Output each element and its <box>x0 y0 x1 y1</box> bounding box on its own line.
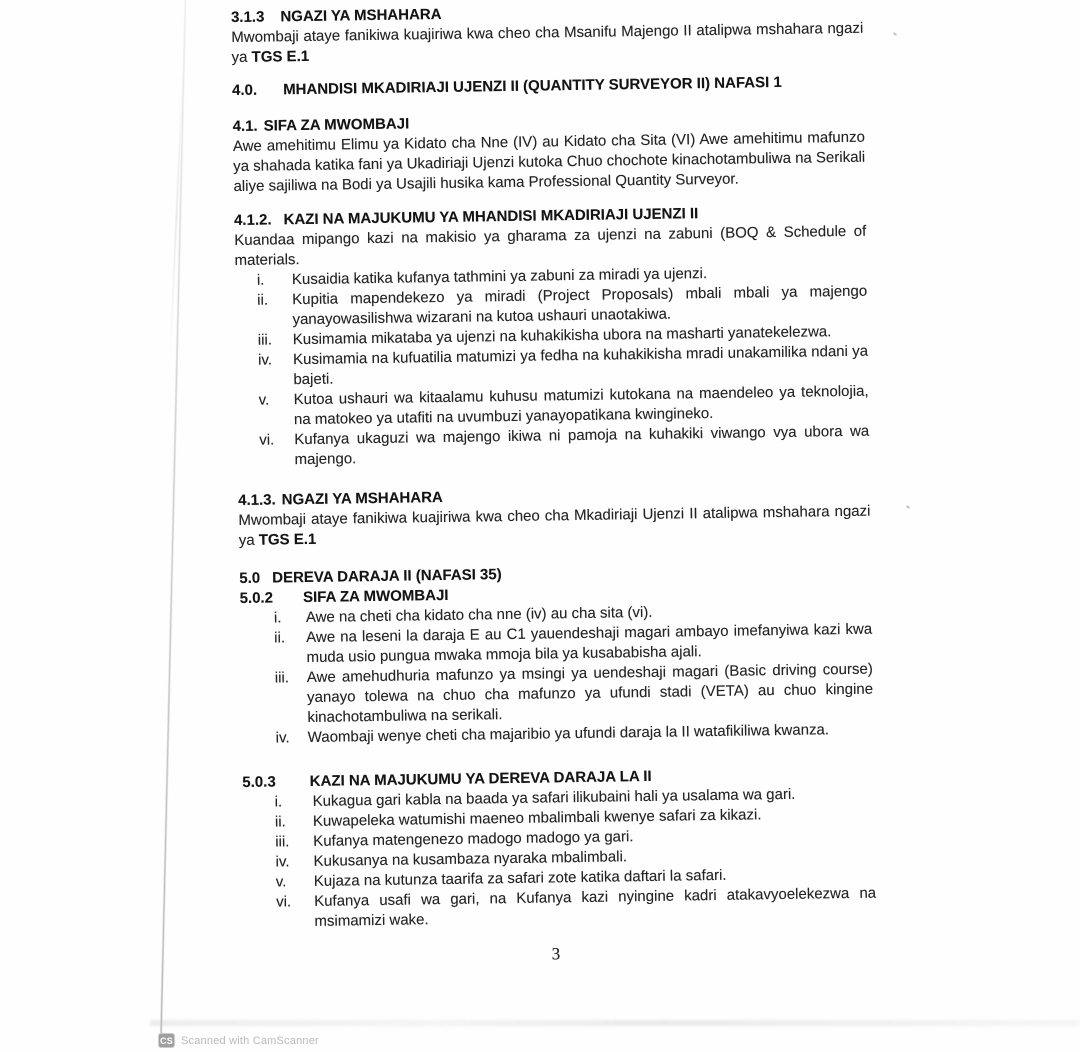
heading-number: 4.1.2. <box>234 210 272 231</box>
heading-title: SIFA ZA MWOMBAJI <box>264 115 410 134</box>
heading-number: 5.0.3 <box>242 772 276 792</box>
heading-title: NGAZI YA MSHAHARA <box>280 6 441 25</box>
list-item-text: Kufanya ukaguzi wa majengo ikiwa ni pamo… <box>294 422 870 471</box>
heading-title: NGAZI YA MSHAHARA <box>282 489 443 508</box>
camscanner-label: Scanned with CamScanner <box>181 1035 319 1047</box>
salary-grade: TGS E.1 <box>259 531 317 549</box>
camscanner-watermark: CS Scanned with CamScanner <box>158 1033 319 1048</box>
heading-number: 4.1.3. <box>238 490 276 511</box>
heading-number: 3.1.3 <box>231 8 265 28</box>
list-item-numeral: ii. <box>257 290 293 331</box>
list-item-numeral: iii. <box>275 832 313 853</box>
list-5-0-2: i. Awe na cheti cha kidato cha nne (iv) … <box>240 600 874 749</box>
list-item-numeral: vi. <box>259 430 295 471</box>
list-item-numeral: iv. <box>258 350 294 391</box>
heading-4-0: 4.0.MHANDISI MKADIRIAJI UJENZI II (QUANT… <box>232 72 864 101</box>
list-item-numeral: iv. <box>276 728 308 748</box>
list-4-1-2: i. Kusaidia katika kufanya tathmini ya z… <box>235 262 870 471</box>
list-item-numeral: ii. <box>275 812 313 833</box>
list-item-numeral: ii. <box>274 628 307 668</box>
scanned-page: 3.1.3NGAZI YA MSHAHARA Mwombaji ataye fa… <box>0 0 1080 1052</box>
document-content: 3.1.3NGAZI YA MSHAHARA Mwombaji ataye fa… <box>231 0 877 969</box>
list-item-numeral: v. <box>276 872 314 893</box>
paragraph-4-1: Awe amehitimu Elimu ya Kidato cha Nne (I… <box>233 128 866 197</box>
paragraph-text: Mwombaji ataye fanikiwa kuajiriwa kwa ch… <box>238 503 870 549</box>
heading-title: DEREVA DARAJA II (NAFASI 35) <box>272 566 502 586</box>
heading-title: MHANDISI MKADIRIAJI UJENZI II (QUANTITY … <box>283 74 782 98</box>
list-5-0-3: i. Kukagua gari kabla na baada ya safari… <box>243 784 877 933</box>
page-bottom-edge <box>150 1020 1080 1026</box>
paragraph-4-1-3: Mwombaji ataye fanikiwa kuajiriwa kwa ch… <box>238 502 871 551</box>
list-item-numeral: i. <box>274 608 306 628</box>
camscanner-icon: CS <box>158 1033 175 1048</box>
list-item-numeral: iii. <box>275 668 308 728</box>
list-item-numeral: iv. <box>275 852 313 873</box>
list-item-numeral: v. <box>259 390 295 431</box>
heading-number: 5.0.2 <box>239 588 273 608</box>
list-item: vi. Kufanya ukaguzi wa majengo ikiwa ni … <box>237 422 870 471</box>
paragraph-3-1-3: Mwombaji ataye fanikiwa kuajiriwa kwa ch… <box>231 19 864 68</box>
paragraph-text: Awe amehitimu Elimu ya Kidato cha Nne (I… <box>233 129 865 195</box>
list-item-numeral: i. <box>275 792 313 813</box>
scan-speck <box>906 505 910 509</box>
list-item: vi. Kufanya usafi wa gari, na Kufanya ka… <box>244 884 877 933</box>
heading-title: SIFA ZA MWOMBAJI <box>303 587 449 606</box>
list-item-numeral: vi. <box>276 892 315 933</box>
page-edge-crease <box>160 0 186 1036</box>
salary-grade: TGS E.1 <box>251 48 309 66</box>
list-item: iii. Awe amehudhuria mafunzo ya msingi y… <box>241 660 874 729</box>
paragraph-text: Mwombaji ataye fanikiwa kuajiriwa kwa ch… <box>231 20 863 66</box>
heading-number: 4.1. <box>232 117 257 137</box>
scan-speck <box>893 32 897 36</box>
list-item-numeral: i. <box>257 270 292 291</box>
list-item-text: Kufanya usafi wa gari, na Kufanya kazi n… <box>314 884 877 932</box>
list-item-text: Awe amehudhuria mafunzo ya msingi ya uen… <box>307 660 874 728</box>
list-item-numeral: iii. <box>258 330 293 351</box>
heading-number: 4.0. <box>232 81 257 101</box>
page-number: 3 <box>245 940 877 969</box>
heading-number: 5.0 <box>239 569 260 589</box>
